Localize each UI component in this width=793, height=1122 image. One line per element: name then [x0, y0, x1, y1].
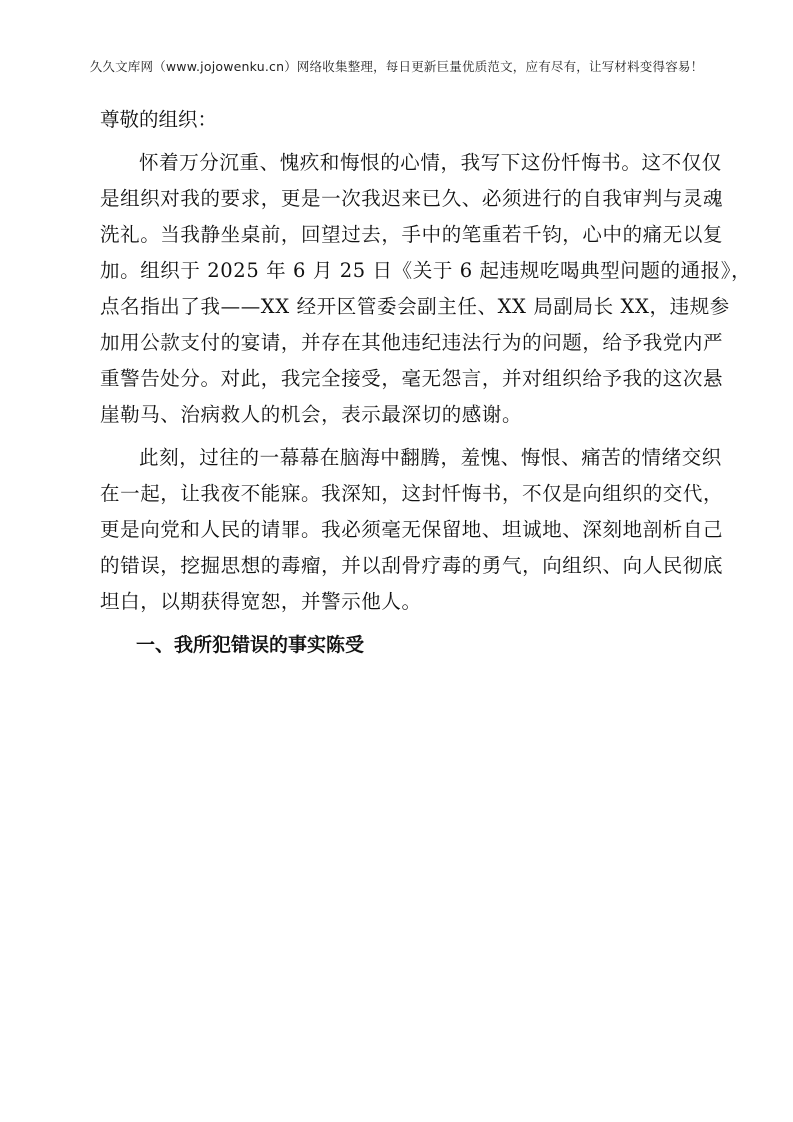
paragraph-line: 是组织对我的要求，更是一次我迟来已久、必须进行的自我审判与灵魂 [100, 181, 716, 217]
paragraph-line: 此刻，过往的一幕幕在脑海中翻腾，羞愧、悔恨、痛苦的情绪交织 [100, 440, 716, 476]
paragraph-line: 加用公款支付的宴请，并存在其他违纪违法行为的问题，给予我党内严 [100, 325, 716, 361]
page-header-banner: 久久文库网（www.jojowenku.cn）网络收集整理，每日更新巨量优质范文… [0, 57, 793, 75]
paragraph-line: 崖勒马、治病救人的机会，表示最深切的感谢。 [100, 397, 716, 433]
paragraph-line: 洗礼。当我静坐桌前，回望过去，手中的笔重若千钧，心中的痛无以复 [100, 217, 716, 253]
paragraph-line: 坦白，以期获得宽恕，并警示他人。 [100, 584, 716, 620]
paragraph-line: 怀着万分沉重、愧疚和悔恨的心情，我写下这份忏悔书。这不仅仅 [100, 145, 716, 181]
paragraph-line: 更是向党和人民的请罪。我必须毫无保留地、坦诚地、深刻地剖析自己 [100, 512, 716, 548]
section-heading: 一、我所犯错误的事实陈受 [100, 627, 716, 663]
paragraph-2: 此刻，过往的一幕幕在脑海中翻腾，羞愧、悔恨、痛苦的情绪交织 在一起，让我夜不能寐… [100, 440, 716, 620]
paragraph-line: 加。组织于 2025 年 6 月 25 日《关于 6 起违规吃喝典型问题的通报》… [100, 253, 716, 289]
document-body: 尊敬的组织： 怀着万分沉重、愧疚和悔恨的心情，我写下这份忏悔书。这不仅仅 是组织… [100, 102, 716, 663]
paragraph-line: 重警告处分。对此，我完全接受，毫无怨言，并对组织给予我的这次悬 [100, 361, 716, 397]
paragraph-line: 的错误，挖掘思想的毒瘤，并以刮骨疗毒的勇气，向组织、向人民彻底 [100, 548, 716, 584]
salutation: 尊敬的组织： [100, 102, 716, 138]
paragraph-line: 点名指出了我——XX 经开区管委会副主任、XX 局副局长 XX，违规参 [100, 289, 716, 325]
paragraph-line: 在一起，让我夜不能寐。我深知，这封忏悔书，不仅是向组织的交代， [100, 476, 716, 512]
paragraph-1: 怀着万分沉重、愧疚和悔恨的心情，我写下这份忏悔书。这不仅仅 是组织对我的要求，更… [100, 145, 716, 433]
